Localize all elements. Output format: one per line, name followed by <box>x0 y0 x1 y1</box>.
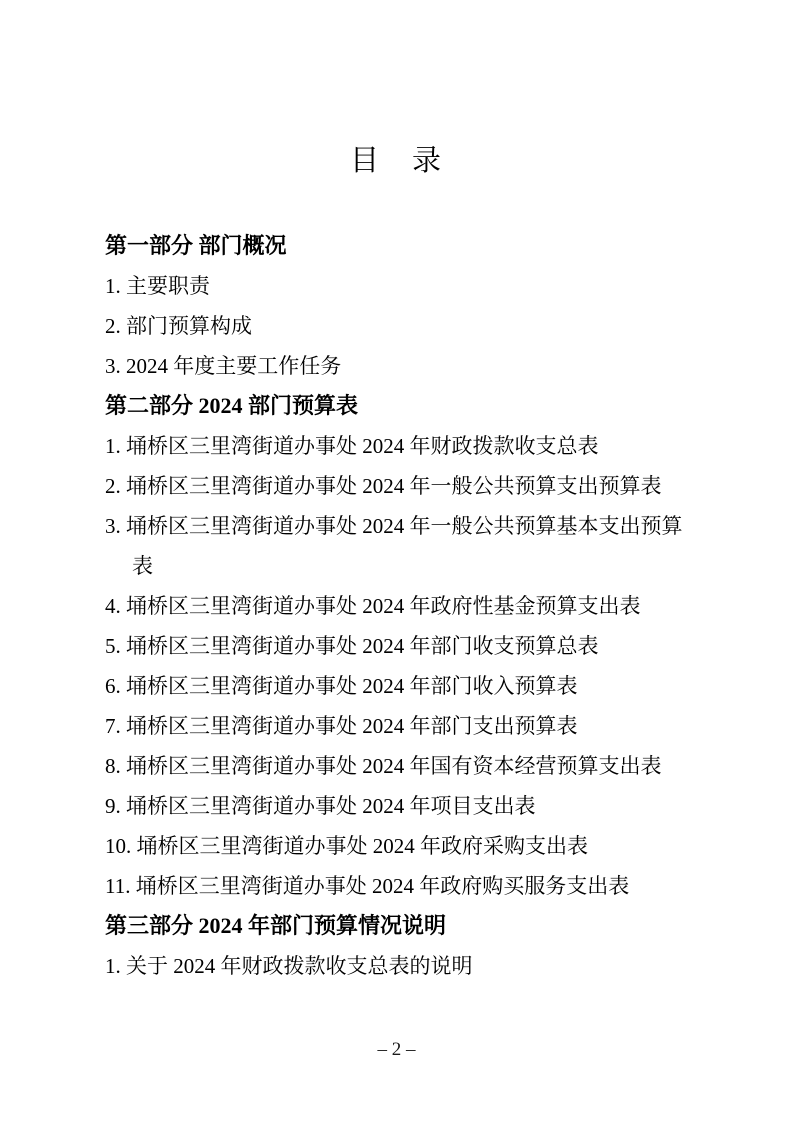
toc-entry: 4. 埇桥区三里湾街道办事处 2024 年政府性基金预算支出表 <box>105 586 703 626</box>
toc-entry: 7. 埇桥区三里湾街道办事处 2024 年部门支出预算表 <box>105 706 703 746</box>
document-page: 目 录 第一部分 部门概况 1. 主要职责 2. 部门预算构成 3. 2024 … <box>0 0 793 1122</box>
toc-entry: 6. 埇桥区三里湾街道办事处 2024 年部门收入预算表 <box>105 666 703 706</box>
toc-entry: 11. 埇桥区三里湾街道办事处 2024 年政府购买服务支出表 <box>105 866 703 906</box>
toc-entry: 1. 主要职责 <box>105 266 703 306</box>
table-of-contents: 第一部分 部门概况 1. 主要职责 2. 部门预算构成 3. 2024 年度主要… <box>0 226 793 986</box>
toc-entry: 5. 埇桥区三里湾街道办事处 2024 年部门收支预算总表 <box>105 626 703 666</box>
toc-entry-continuation: 表 <box>105 546 703 586</box>
page-title: 目 录 <box>0 0 793 176</box>
toc-entry: 2. 部门预算构成 <box>105 306 703 346</box>
toc-entry: 9. 埇桥区三里湾街道办事处 2024 年项目支出表 <box>105 786 703 826</box>
toc-entry: 1. 埇桥区三里湾街道办事处 2024 年财政拨款收支总表 <box>105 426 703 466</box>
toc-section-heading: 第一部分 部门概况 <box>105 226 703 266</box>
toc-entry: 2. 埇桥区三里湾街道办事处 2024 年一般公共预算支出预算表 <box>105 466 703 506</box>
toc-section-heading: 第三部分 2024 年部门预算情况说明 <box>105 906 703 946</box>
toc-entry: 1. 关于 2024 年财政拨款收支总表的说明 <box>105 946 703 986</box>
toc-entry: 3. 2024 年度主要工作任务 <box>105 346 703 386</box>
toc-entry: 10. 埇桥区三里湾街道办事处 2024 年政府采购支出表 <box>105 826 703 866</box>
toc-entry: 8. 埇桥区三里湾街道办事处 2024 年国有资本经营预算支出表 <box>105 746 703 786</box>
toc-section-heading: 第二部分 2024 部门预算表 <box>105 386 703 426</box>
page-number: – 2 – <box>0 1038 793 1062</box>
toc-entry: 3. 埇桥区三里湾街道办事处 2024 年一般公共预算基本支出预算 <box>105 506 703 546</box>
